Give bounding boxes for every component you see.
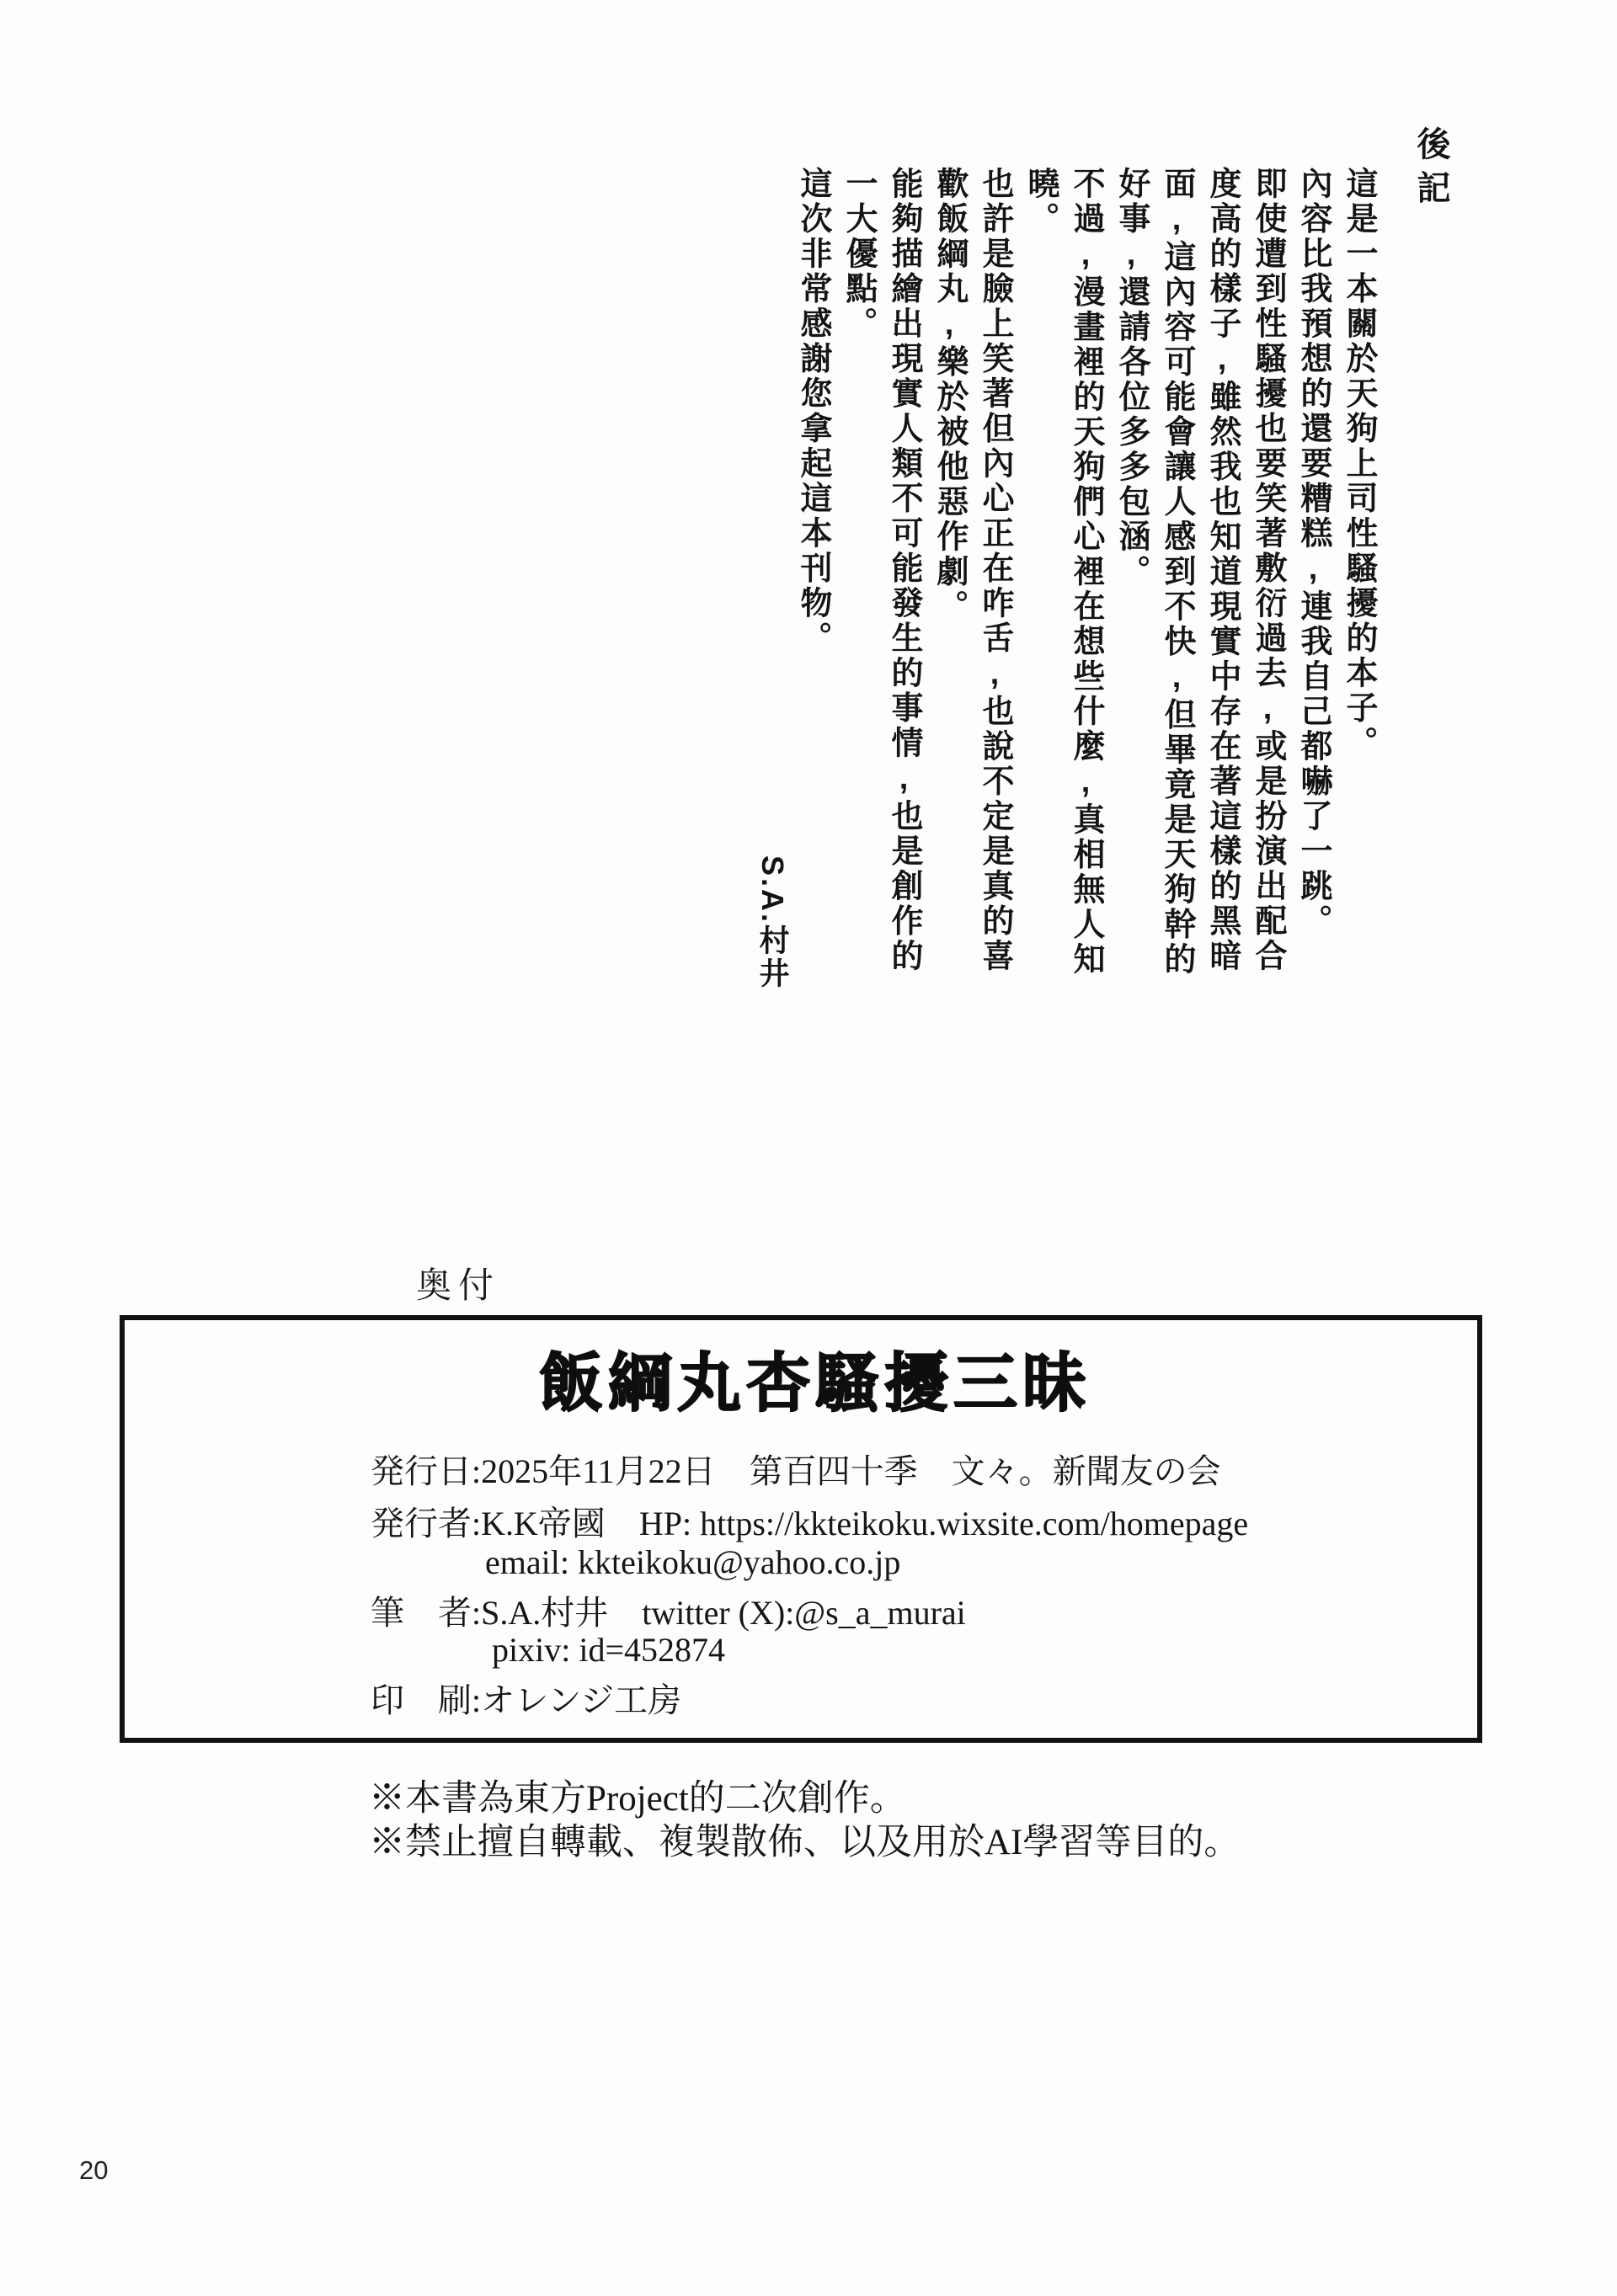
publisher-line: 発行者:K.K帝國 HP: https://kkteikoku.wixsite.… [371, 1497, 1248, 1545]
afterword-column: 能夠描繪出現實人類不可能發生的事情,也是創作的 [881, 167, 926, 1000]
author-line: 筆 者:S.A.村井 twitter (X):@s_a_murai [371, 1586, 966, 1634]
publish-date-line: 発行日:2025年11月22日 第百四十季 文々。新聞友の会 [371, 1445, 1221, 1493]
afterword-column: 也許是臉上笑著但內心正在咋舌,也說不定是真的喜 [972, 167, 1017, 1000]
author-signature: S.A.村井 [751, 855, 794, 990]
afterword-heading: 後記 [1407, 126, 1455, 214]
printer-line: 印 刷:オレンジ工房 [371, 1674, 681, 1722]
afterword-column: 即使遭到性騷擾也要笑著敷衍過去,或是扮演出配合 [1245, 167, 1290, 1000]
afterword-column: 度高的樣子,雖然我也知道現實中存在著這樣的黑暗 [1199, 167, 1245, 1000]
afterword-column: 一大優點。 [835, 167, 881, 1000]
afterword-column: 曉。 [1017, 167, 1063, 1000]
page-number: 20 [79, 2155, 108, 2186]
afterword-column: 這是一本關於天狗上司性騷擾的本子。 [1336, 167, 1381, 1000]
afterword-column: 不過,漫畫裡的天狗們心裡在想些什麼,真相無人知 [1063, 167, 1108, 1000]
email-line: email: kkteikoku@yahoo.co.jp [485, 1542, 900, 1582]
colophon-box: 飯綱丸杏騷擾三昧 発行日:2025年11月22日 第百四十季 文々。新聞友の会 … [120, 1315, 1482, 1743]
afterword-column: 內容比我預想的還要糟糕,連我自己都嚇了一跳。 [1290, 167, 1336, 1000]
afterword-text-block: 這是一本關於天狗上司性騷擾的本子。 內容比我預想的還要糟糕,連我自己都嚇了一跳。… [790, 167, 1381, 1000]
afterword-column: 這次非常感謝您拿起這本刊物。 [790, 167, 835, 1000]
note-reproduction-prohibited: ※禁止擅自轉載、複製散佈、以及用於AI學習等目的。 [369, 1814, 1240, 1865]
colophon-label: 奥付 [416, 1258, 500, 1308]
afterword-column: 歡飯綱丸,樂於被他惡作劇。 [926, 167, 972, 1000]
afterword-column: 面,這內容可能會讓人感到不快,但畢竟是天狗幹的 [1154, 167, 1199, 1000]
book-title: 飯綱丸杏騷擾三昧 [125, 1332, 1477, 1424]
afterword-column: 好事,還請各位多多包涵。 [1108, 167, 1154, 1000]
pixiv-line: pixiv: id=452874 [492, 1630, 725, 1670]
